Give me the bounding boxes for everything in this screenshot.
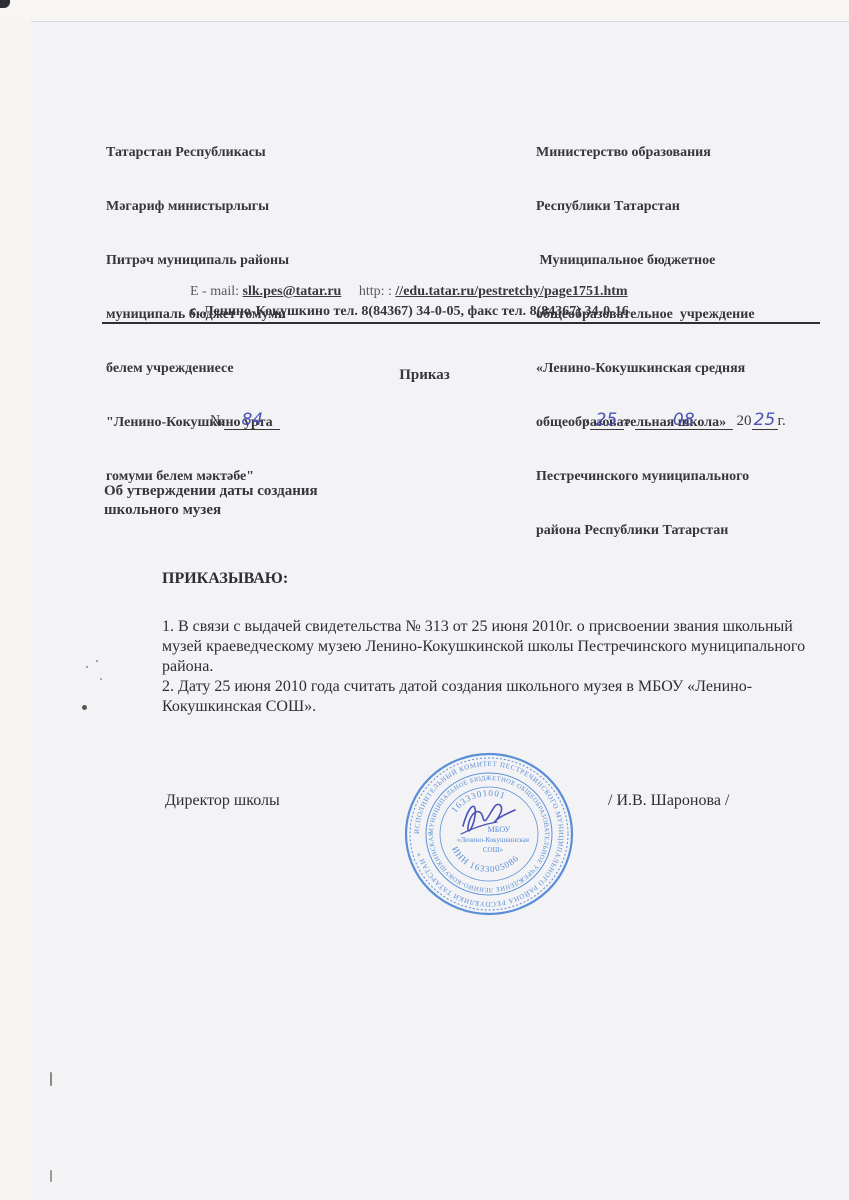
- scan-top-edge: [0, 0, 849, 22]
- header-divider: [102, 322, 820, 324]
- scan-left-edge: [0, 21, 31, 1200]
- header-left-line: Питрәч муниципаль районы: [106, 252, 289, 270]
- scan-speck: [96, 660, 98, 662]
- subject-line: школьного музея: [104, 501, 318, 520]
- email-link[interactable]: slk.pes@tatar.ru: [243, 284, 342, 299]
- subject-line: Об утверждении даты создания: [104, 482, 318, 501]
- header-left-line: Мәгариф министырлыгы: [106, 198, 289, 216]
- handwritten-day: 25: [596, 410, 618, 430]
- handwritten-number: 84: [241, 410, 263, 430]
- document-title: Приказ: [0, 367, 849, 384]
- day-field: 25: [590, 412, 624, 430]
- stamp-icon: ИСПОЛНИТЕЛЬНЫЙ КОМИТЕТ ПЕСТРЕЧИНСКОГО МУ…: [403, 752, 575, 916]
- header-left-line: Татарстан Республикасы: [106, 144, 289, 162]
- svg-text:МБОУ: МБОУ: [488, 825, 511, 834]
- signatory-position: Директор школы: [165, 792, 280, 810]
- header-right-line: Пестречинского муниципального: [536, 468, 755, 486]
- signatory-name: / И.В. Шаронова /: [608, 792, 729, 810]
- email-label: E - mail:: [190, 284, 239, 299]
- svg-text:ИСПОЛНИТЕЛЬНЫЙ КОМИТЕТ ПЕСТРЕЧ: ИСПОЛНИТЕЛЬНЫЙ КОМИТЕТ ПЕСТРЕЧИНСКОГО МУ…: [413, 760, 565, 908]
- month-field: 08: [635, 412, 733, 430]
- http-label: http: :: [359, 284, 392, 299]
- svg-text:1633301001: 1633301001: [449, 788, 507, 815]
- handwritten-month: 08: [673, 410, 695, 430]
- order-body: 1. В связи с выдачей свидетельства № 313…: [162, 617, 832, 717]
- order-item: 2. Дату 25 июня 2010 года считать датой …: [162, 677, 832, 717]
- order-date: «25» 08 2025г.: [582, 412, 786, 430]
- number-label: №: [210, 413, 224, 429]
- order-number: №84: [210, 412, 280, 430]
- scan-speck: [100, 678, 102, 680]
- header-right-block: Министерство образования Республики Тата…: [536, 108, 755, 558]
- orders-heading: ПРИКАЗЫВАЮ:: [162, 570, 288, 588]
- scan-mark: [50, 1170, 52, 1182]
- year-field: 25: [752, 412, 778, 430]
- header-right-line: Республики Татарстан: [536, 198, 755, 216]
- quote-close: »: [624, 413, 632, 429]
- order-subject: Об утверждении даты создания школьного м…: [104, 482, 318, 520]
- year-prefix: 20: [737, 413, 752, 429]
- header-right-line: района Республики Татарстан: [536, 522, 755, 540]
- header-right-line: Муниципальное бюджетное: [536, 252, 755, 270]
- svg-text:СОШ»: СОШ»: [483, 846, 504, 854]
- scan-speck: [82, 705, 87, 710]
- header-right-line: Министерство образования: [536, 144, 755, 162]
- year-unit: г.: [778, 413, 786, 429]
- official-stamp: ИСПОЛНИТЕЛЬНЫЙ КОМИТЕТ ПЕСТРЕЧИНСКОГО МУ…: [403, 752, 575, 916]
- number-field: 84: [224, 412, 280, 430]
- svg-text:«Ленино-Кокушкинская: «Ленино-Кокушкинская: [457, 836, 530, 844]
- handwritten-year: 25: [754, 410, 776, 430]
- contact-web-line: E - mail: slk.pes@tatar.ru http: : //edu…: [190, 283, 750, 301]
- scan-speck: [86, 666, 88, 668]
- quote-open: «: [582, 413, 590, 429]
- contact-address-line: с. Ленино-Кокушкино тел. 8(84367) 34-0-0…: [190, 303, 750, 321]
- website-link[interactable]: //edu.tatar.ru/pestretchy/page1751.htm: [395, 284, 627, 299]
- scan-mark: [50, 1072, 52, 1086]
- order-item: 1. В связи с выдачей свидетельства № 313…: [162, 617, 832, 677]
